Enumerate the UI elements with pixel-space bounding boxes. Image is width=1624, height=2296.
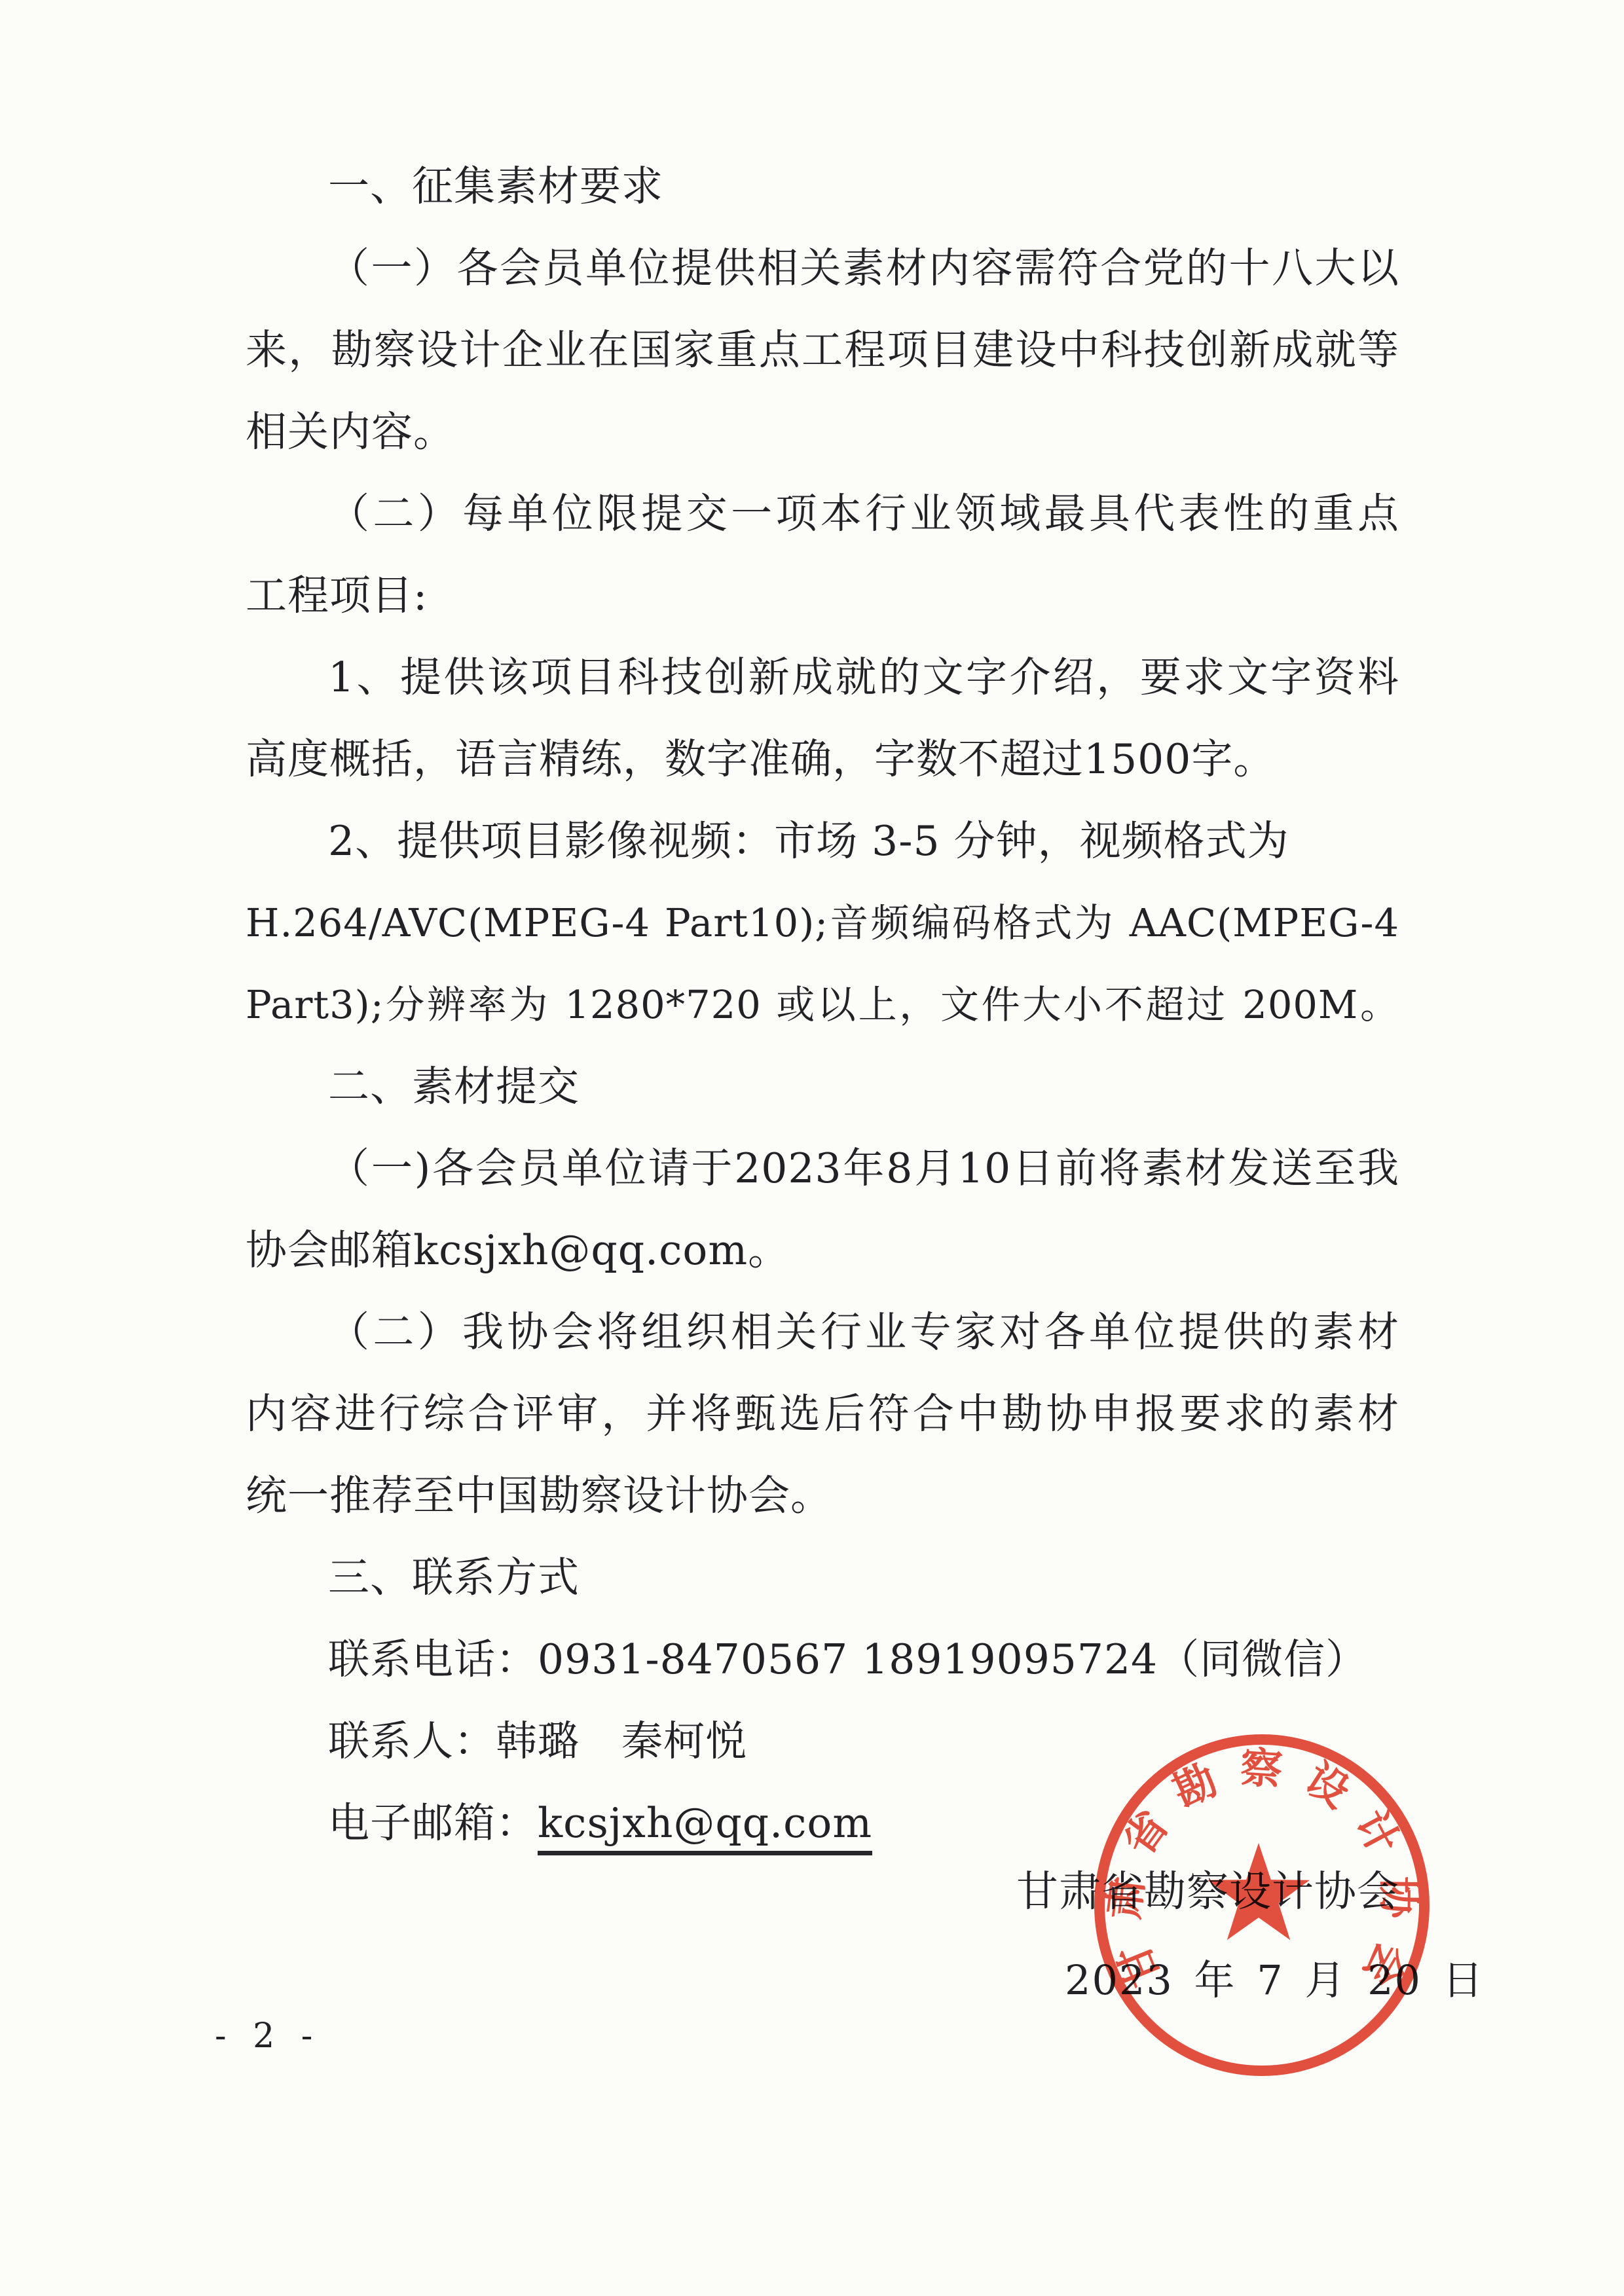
doc-line: 工程项目: [246,555,1399,636]
doc-line: （一)各会员单位请于2023年8月10日前将素材发送至我 [246,1127,1399,1209]
doc-line: H.264/AVC(MPEG-4 Part10);音频编码格式为 AAC(MPE… [246,882,1399,964]
seal-star-icon [1208,1843,1310,1940]
doc-line: 2、提供项目影像视频：市场 3-5 分钟，视频格式为 [246,800,1399,882]
document-page: 一、征集素材要求 （一）各会员单位提供相关素材内容需符合党的十八大以 来，勘察设… [0,0,1624,2296]
contact-phone-line: 联系电话：0931-8470567 18919095724（同微信） [246,1618,1399,1700]
official-seal-stamp: 甘肃省勘察设计协会 [1067,1712,1454,2105]
doc-line: 统一推荐至中国勘察设计协会。 [246,1455,1399,1537]
doc-line: （二）每单位限提交一项本行业领域最具代表性的重点 [246,473,1399,555]
section-1-heading: 一、征集素材要求 [246,145,1399,227]
email-address: kcsjxh@qq.com [538,1799,872,1855]
doc-line: 1、提供该项目科技创新成就的文字介绍，要求文字资料 [246,636,1399,718]
doc-line: 高度概括，语言精练，数字准确，字数不超过1500字。 [246,718,1399,800]
doc-line: 协会邮箱kcsjxh@qq.com。 [246,1209,1399,1291]
section-2-heading: 二、素材提交 [246,1046,1399,1127]
document-body: 一、征集素材要求 （一）各会员单位提供相关素材内容需符合党的十八大以 来，勘察设… [246,145,1399,1864]
doc-line: 内容进行综合评审，并将甄选后符合中勘协申报要求的素材 [246,1373,1399,1455]
doc-line: Part3);分辨率为 1280*720 或以上，文件大小不超过 200M。 [246,964,1399,1046]
section-3-heading: 三、联系方式 [246,1537,1399,1618]
email-label: 电子邮箱： [328,1799,538,1847]
doc-line: （二）我协会将组织相关行业专家对各单位提供的素材 [246,1291,1399,1373]
page-number: - 2 - [215,2016,320,2056]
doc-line: 来，勘察设计企业在国家重点工程项目建设中科技创新成就等 [246,309,1399,391]
doc-line: （一）各会员单位提供相关素材内容需符合党的十八大以 [246,227,1399,309]
doc-line: 相关内容。 [246,391,1399,473]
